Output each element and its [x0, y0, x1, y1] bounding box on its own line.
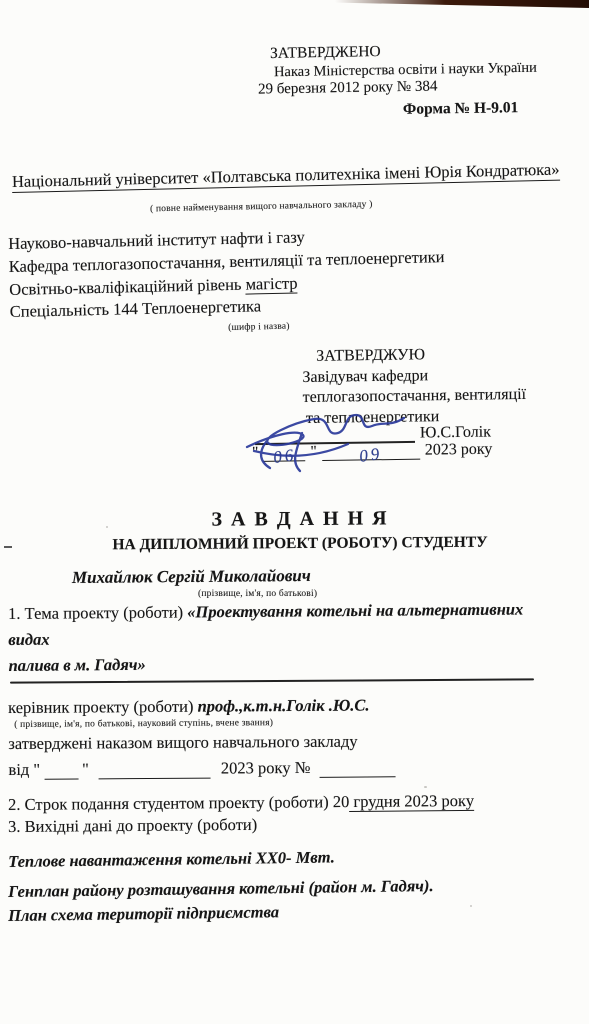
margin-dash-artifact [4, 546, 12, 548]
assignment-title: З А В Д А Н Н Я [90, 507, 510, 533]
deadline-value: грудня 2023 року [349, 791, 474, 812]
student-name: Михайлюк Сергій Миколайович [72, 566, 311, 588]
scanned-document-page: ЗАТВЕРДЖЕНО Наказ Міністерства освіти і … [0, 0, 589, 1024]
order-number-row: від ""2023 року № [8, 757, 395, 780]
order-year-label: 2023 року № [221, 758, 311, 779]
supervisor-name: проф.,к.т.н.Голік .Ю.С. [197, 695, 369, 715]
order-approved-line: затверджені наказом вищого навчального з… [8, 731, 395, 754]
speciality-caption: (шифр і назва) [228, 312, 446, 340]
order-number-blank [319, 761, 395, 778]
scan-edge-artifact [327, 0, 589, 8]
university-name-caption: ( повне найменування вищого навчального … [150, 200, 373, 215]
topic-block: 1. Тема проекту (роботи) «Проектування к… [8, 596, 569, 679]
approved-stamp-line1: ЗАТВЕРДЖЕНО [270, 43, 381, 63]
qualification-label: Освітньо-кваліфікаційний рівень [9, 274, 246, 298]
speciality-value: 144 Теплоенергетика [113, 297, 261, 319]
supervisor-block: керівник проекту (роботи) проф.,к.т.н.Го… [8, 695, 395, 780]
form-number: Форма № Н-9.01 [403, 99, 519, 119]
date-year-label: 2023 року [425, 441, 493, 460]
speciality-label: Спеціальність [10, 300, 114, 321]
assignment-subtitle: НА ДИПЛОМНИЙ ПРОЕКТ (РОБОТУ) СТУДЕНТУ [90, 534, 510, 555]
signatory-name: Ю.С.Голік [420, 424, 491, 443]
initial-data-line: План схема території підприємства [8, 902, 279, 926]
initial-data-header: 3. Вихідні дані до проекту (роботи) [8, 815, 257, 837]
university-name: Національний університет «Полтавська пол… [12, 160, 560, 193]
scan-speck [424, 786, 427, 788]
institute-block: Науково-навчальний інститут нафти і газу… [8, 223, 446, 345]
supervisor-line: керівник проекту (роботи) проф.,к.т.н.Го… [8, 695, 395, 718]
order-day-blank [44, 764, 78, 780]
scan-speck [470, 905, 472, 907]
qualification-value: магістр [245, 273, 297, 294]
topic-label: 1. Тема проекту (роботи) [8, 602, 187, 623]
supervisor-caption: ( прізвище, ім'я, по батькові, науковий … [14, 717, 395, 730]
order-month-blank [99, 763, 211, 780]
supervisor-label: керівник проекту (роботи) [8, 697, 198, 717]
approved-stamp-line3: 29 березня 2012 року № 384 [258, 78, 438, 98]
handwritten-signature [244, 398, 429, 476]
deadline-line: 2. Строк подання студентом проекту (робо… [8, 791, 474, 815]
separator-rule [10, 678, 534, 683]
topic-value-line2: палива в м. Гадяч» [8, 648, 568, 679]
approve-sign-title: ЗАТВЕРДЖУЮ [316, 344, 526, 368]
order-quote-close: " [82, 759, 89, 779]
initial-data-line: Теплове навантаження котельні ХХ0- Мвт. [8, 847, 335, 872]
initial-data-line: Генплан району розташування котельні (ра… [8, 876, 434, 902]
order-from-label: від " [8, 760, 40, 780]
deadline-label: 2. Строк подання студентом проекту (робо… [8, 792, 349, 814]
